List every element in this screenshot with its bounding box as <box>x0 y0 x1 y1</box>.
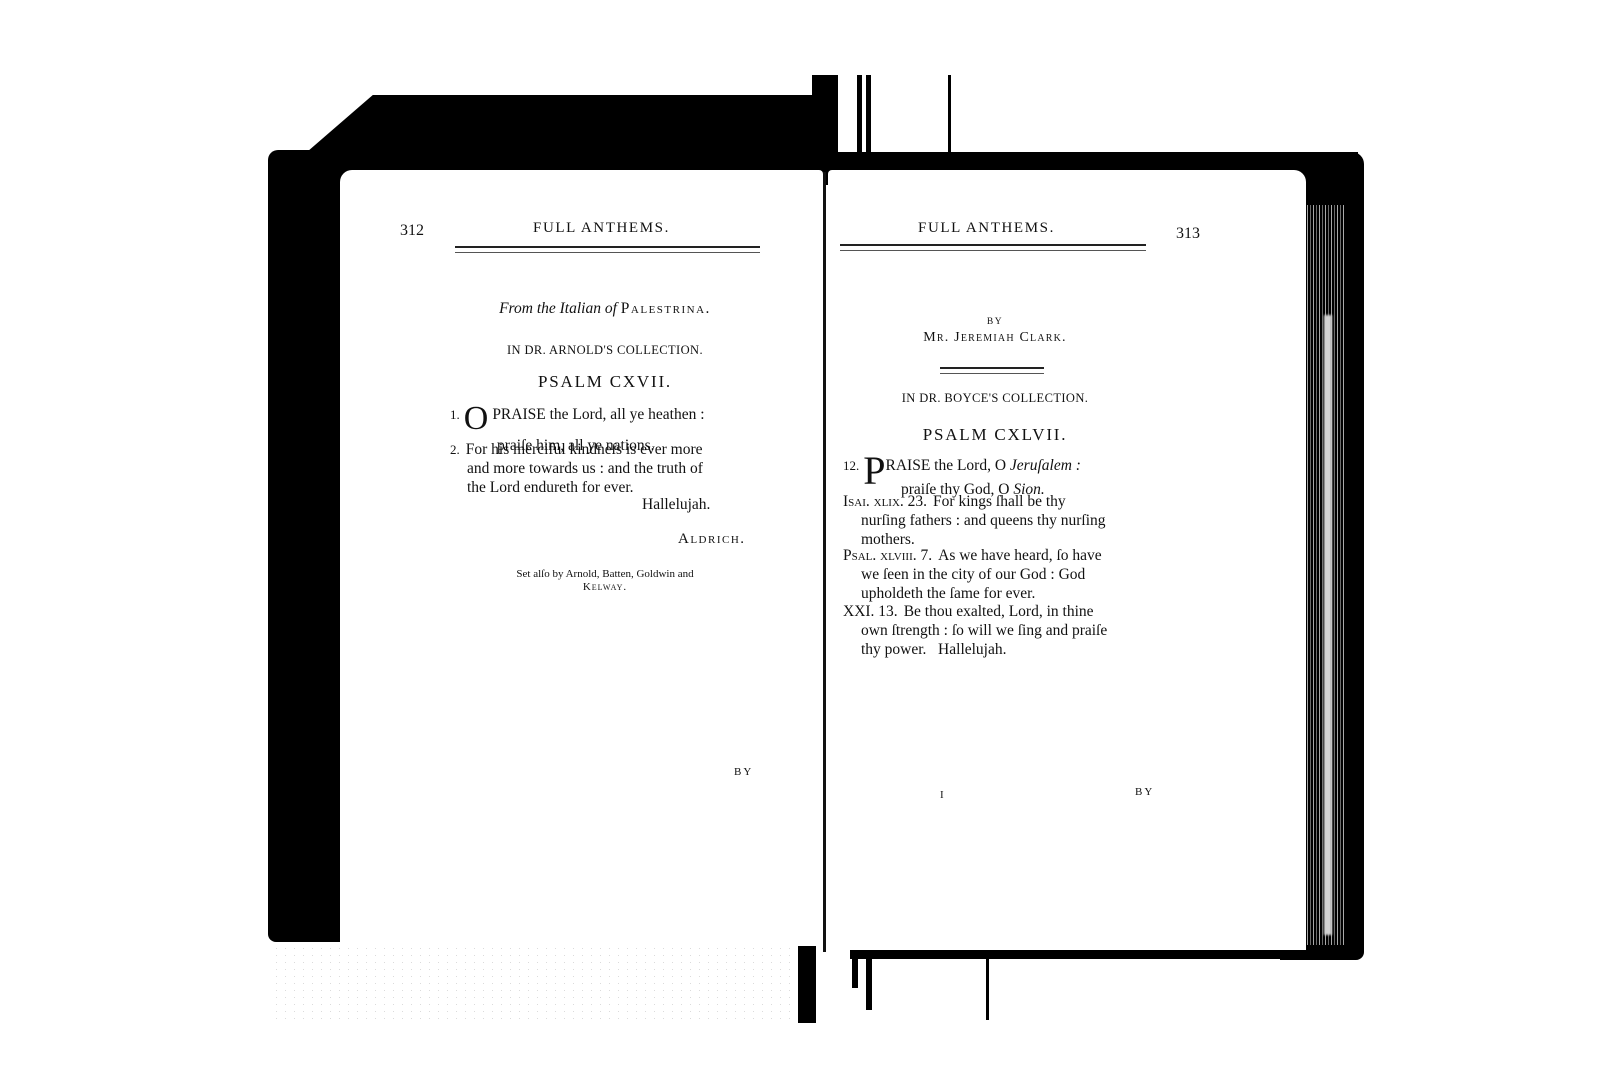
verse-number: 12. <box>843 458 859 473</box>
right-header-rule <box>840 244 1146 251</box>
right-catchword: BY <box>1135 786 1154 798</box>
verse-line: As we have heard, ſo have <box>938 547 1102 564</box>
verse-line: upholdeth the ſame for ever. <box>843 585 1035 602</box>
scripture-reference: XXI. 13. <box>843 603 898 620</box>
right-verse-xxi: XXI. 13.Be thou exalted, Lord, in thine … <box>843 602 1158 659</box>
verse-line: thy power. Hallelujah. <box>843 641 1007 658</box>
right-verse-psal: Psal. xlviii. 7.As we have heard, ſo hav… <box>843 546 1158 603</box>
left-collection: IN DR. ARNOLD'S COLLECTION. <box>450 343 760 358</box>
book-cover-left <box>268 150 348 942</box>
verse-line: PRAISE the Lord, all ye heathen : <box>492 406 704 423</box>
verse-line: Be thou exalted, Lord, in thine <box>904 603 1094 620</box>
verse-number: 2. <box>450 442 460 457</box>
verse-line-italic: Jeruſalem : <box>1010 457 1081 474</box>
left-verse-2: 2.For his merciful kindneſs is ever more… <box>450 440 765 497</box>
right-composer: Mr. Jeremiah Clark. <box>845 330 1145 346</box>
left-header-rule <box>455 246 760 253</box>
book-spine <box>812 75 838 185</box>
also-set-by-line: Set alſo by Arnold, Batten, Goldwin and <box>516 568 693 580</box>
right-verse-isai: Isai. xlix. 23.For kings ſhall be thy nu… <box>843 492 1158 549</box>
verse-line: we ſeen in the city of our God : God <box>843 566 1085 583</box>
left-also-set-by: Set alſo by Arnold, Batten, Goldwin and … <box>450 568 760 594</box>
book-spine-bottom <box>798 945 816 1023</box>
right-collection: IN DR. BOYCE'S COLLECTION. <box>845 391 1145 406</box>
verse-line: For kings ſhall be thy <box>933 493 1066 510</box>
attribution-italic: From the Italian of <box>499 300 617 317</box>
spine-strip <box>948 75 951 160</box>
verse-line: For his merciful kindneſs is ever more <box>466 441 703 458</box>
right-page-number: 313 <box>1176 225 1200 243</box>
left-catchword: BY <box>734 766 753 778</box>
left-composer: Aldrich. <box>678 530 746 549</box>
left-attribution: From the Italian of Palestrina. <box>450 300 760 318</box>
verse-line: RAISE the Lord, O <box>886 457 1010 474</box>
right-signature-mark: I <box>940 789 946 801</box>
attribution-name: Palestrina. <box>621 300 711 317</box>
dropcap: O <box>464 400 489 437</box>
verse-line: nurſing fathers : and queens thy nurſing <box>843 512 1106 529</box>
right-running-head: FULL ANTHEMS. <box>918 220 1055 237</box>
scripture-reference: Isai. xlix. 23. <box>843 493 927 510</box>
scripture-reference: Psal. xlviii. 7. <box>843 547 932 564</box>
left-page-number: 312 <box>400 222 424 240</box>
binding-mark <box>866 950 872 1010</box>
book-scan: 312 FULL ANTHEMS. From the Italian of Pa… <box>0 0 1600 1078</box>
verse-number: 1. <box>450 407 460 422</box>
page-edges <box>1302 205 1344 955</box>
right-by-label: BY <box>845 317 1145 327</box>
verse-line: the Lord endureth for ever. <box>450 479 634 496</box>
binding-mark <box>986 950 989 1020</box>
left-page <box>340 170 823 946</box>
book-gutter <box>823 172 826 952</box>
right-composer-rule <box>940 367 1044 374</box>
verse-line: own ſtrength : ſo will we ſing and praiſ… <box>843 622 1107 639</box>
scan-noise <box>272 945 792 1020</box>
also-set-by-line: Kelway. <box>583 581 627 593</box>
left-hallelujah: Hallelujah. <box>642 495 710 514</box>
left-running-head: FULL ANTHEMS. <box>533 220 670 237</box>
right-psalm-title: PSALM CXLVII. <box>845 425 1145 445</box>
binding-mark <box>852 950 858 988</box>
verse-line: and more towards us : and the truth of <box>450 460 703 477</box>
left-psalm-title: PSALM CXVII. <box>450 372 760 392</box>
